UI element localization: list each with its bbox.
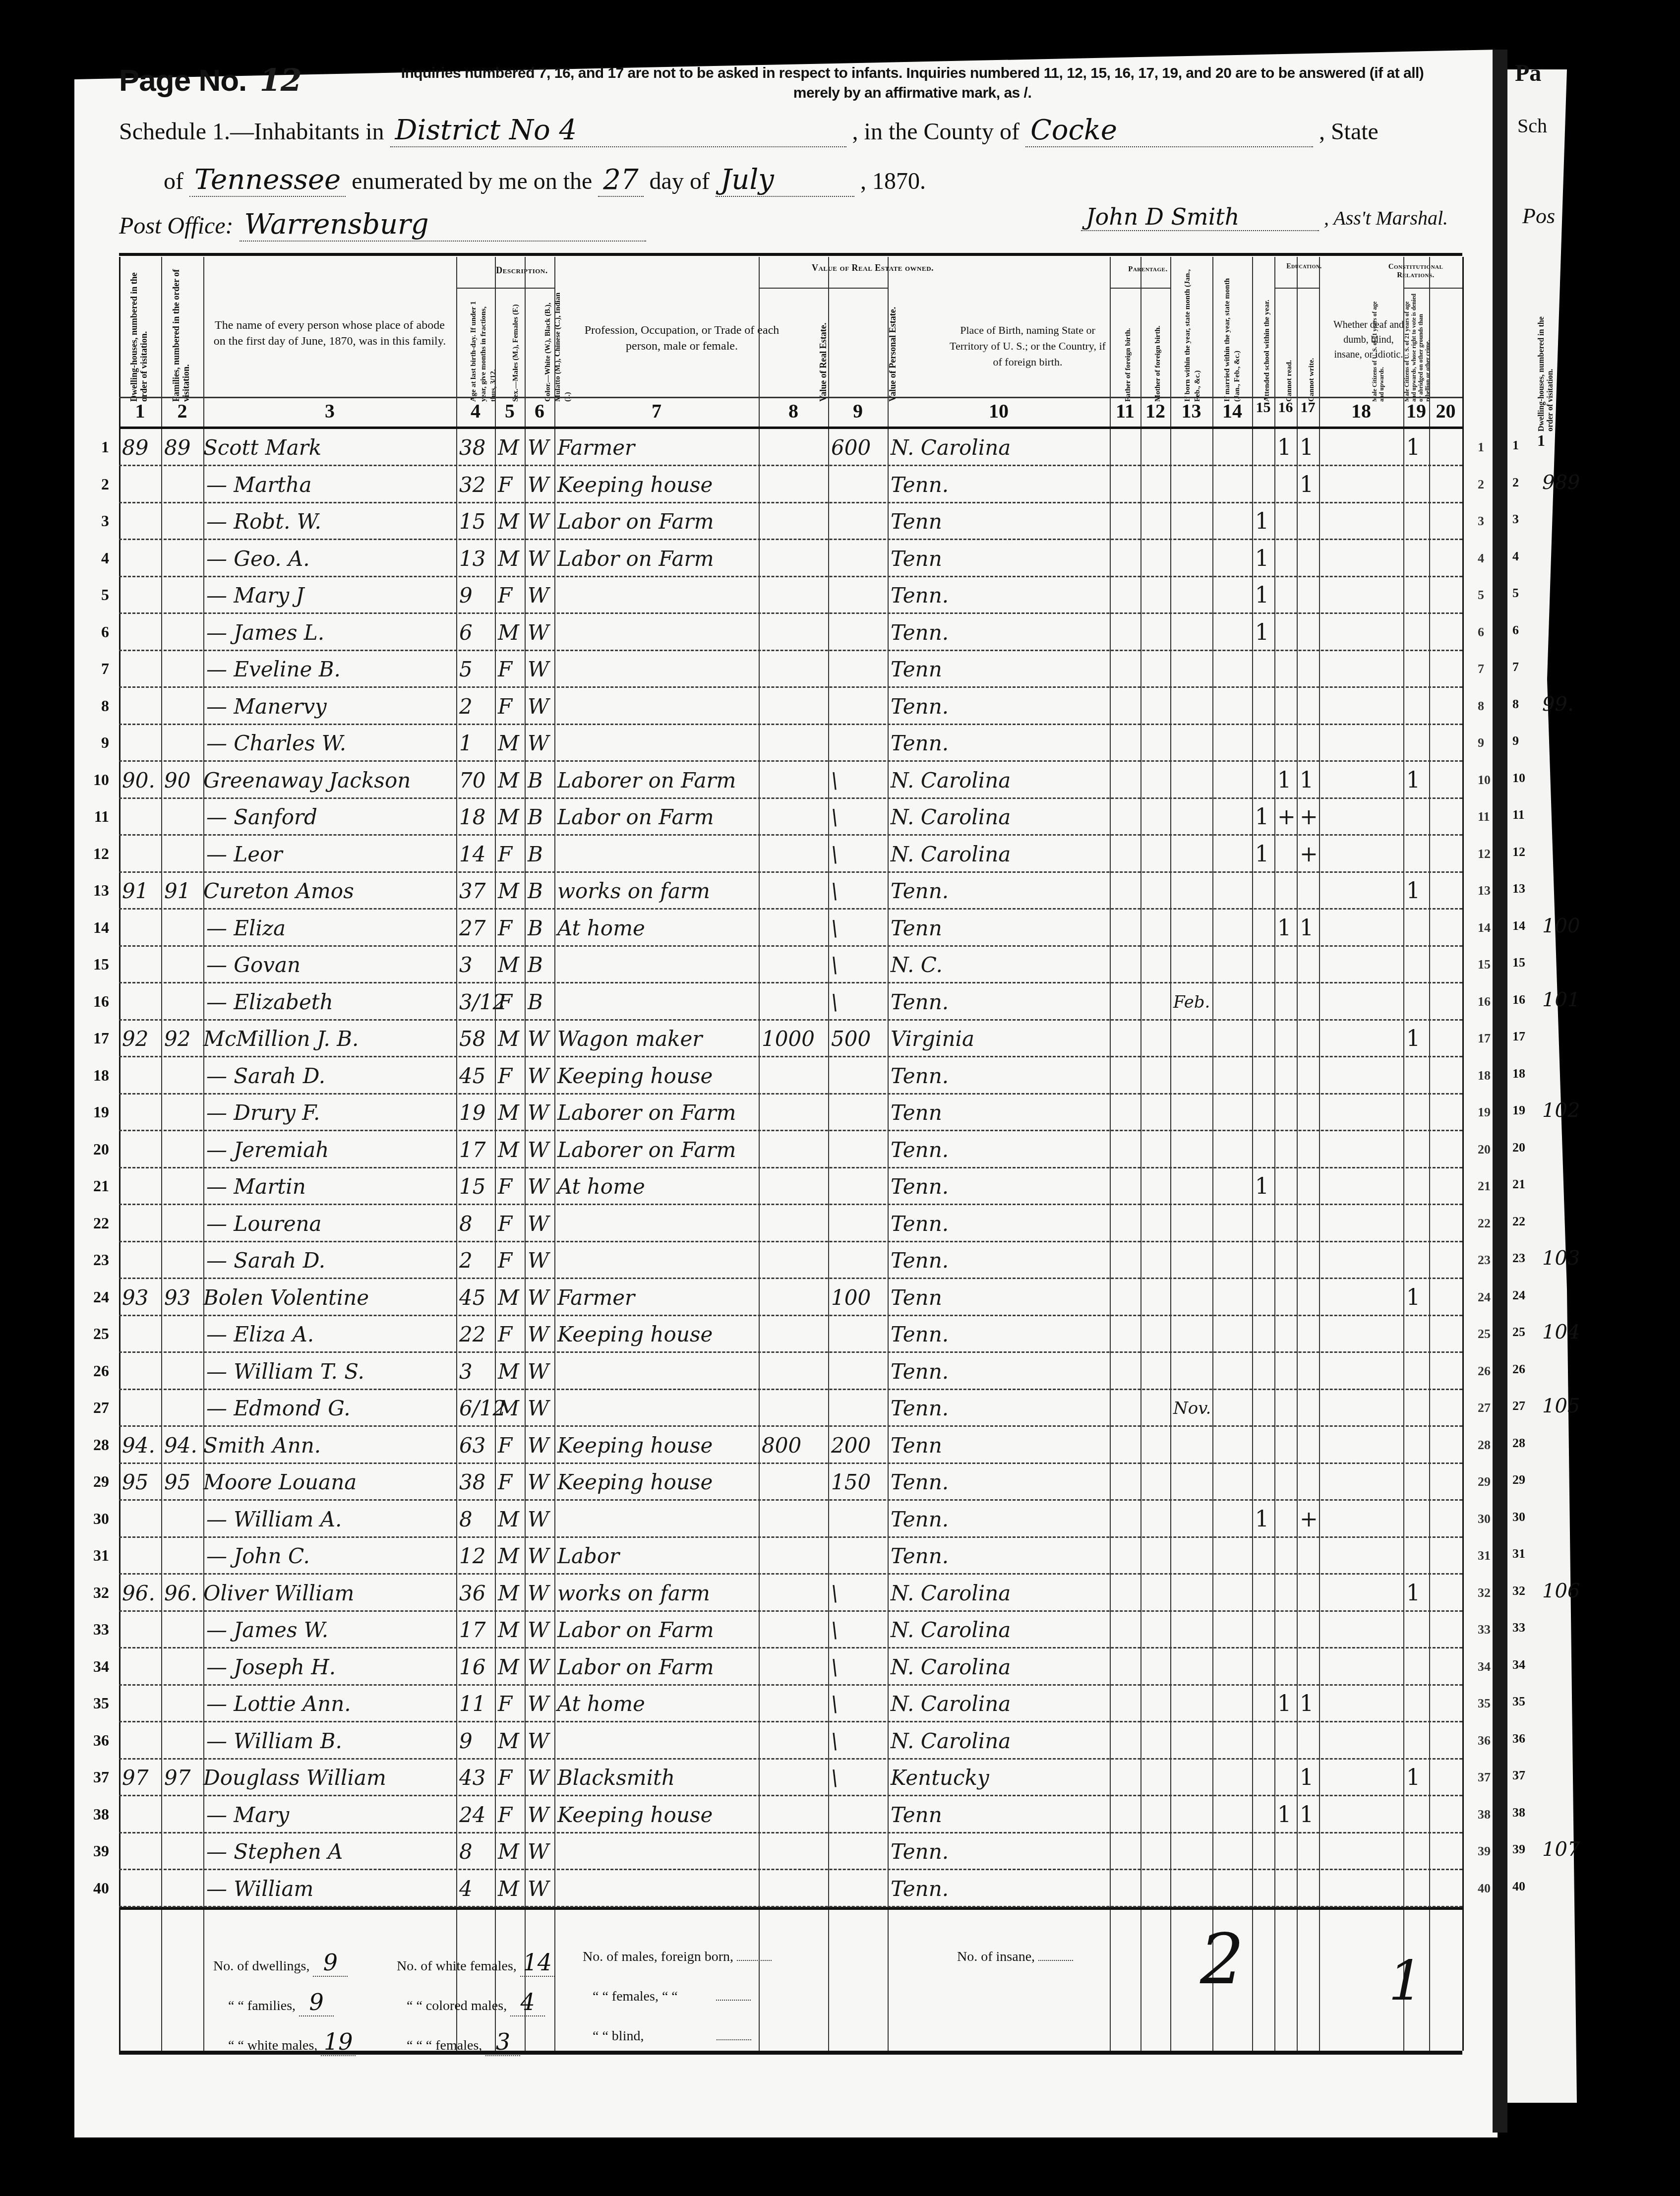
row-number-right: 13 [1478, 883, 1507, 898]
citizen-cell: 1 [1406, 1763, 1428, 1793]
column-number: 14 [1212, 399, 1252, 423]
name-cell: — Robt. W. [206, 507, 455, 537]
occupation-cell: Keeping house [557, 1431, 758, 1461]
color-cell: W [528, 1320, 553, 1349]
row-number-right: 24 [1478, 1290, 1507, 1305]
color-cell: W [528, 1467, 553, 1497]
age-cell: 58 [459, 1024, 494, 1054]
sex-cell: M [498, 1505, 524, 1534]
citizen-cell: 1 [1406, 1579, 1428, 1608]
age-cell: 63 [459, 1431, 494, 1461]
color-cell: W [528, 1209, 553, 1239]
cannot-write-cell: 1 [1300, 1763, 1318, 1793]
cannot-write-cell: 1 [1300, 914, 1318, 943]
school-cell: 1 [1255, 544, 1273, 574]
birthplace-cell: Tenn. [891, 1467, 1109, 1497]
family-cell: 93 [164, 1283, 202, 1313]
citizen-cell: 1 [1406, 766, 1428, 795]
age-cell: 38 [459, 433, 494, 463]
post-office-field: Warrensburg [240, 208, 646, 242]
age-cell: 15 [459, 507, 494, 537]
occupation-cell: Keeping house [557, 1061, 758, 1091]
birthplace-cell: Tenn [891, 1098, 1109, 1128]
next-dwelling-value: 989 [1542, 471, 1580, 494]
header-value-group: Value of Real Estate owned. [808, 263, 937, 273]
birthplace-cell: Tenn [891, 507, 1109, 537]
age-cell: 8 [459, 1837, 494, 1867]
color-cell: W [528, 655, 553, 684]
color-cell: W [528, 1652, 553, 1682]
family-cell: 94. [164, 1431, 202, 1461]
table-row: 118989Scott Mark38MWFarmer600N. Carolina… [119, 429, 1462, 466]
table-row: 1111— Sanford18MBLabor on Farm\N. Caroli… [119, 798, 1462, 836]
summary-label: No. of dwellings, [213, 1958, 309, 1974]
table-row: 2626— William T. S.3MWTenn. [119, 1353, 1462, 1390]
header-occupation: Profession, Occupation, or Trade of each… [583, 322, 781, 354]
cannot-read-cell: 1 [1277, 914, 1296, 943]
row-number-right: 36 [1478, 1733, 1507, 1748]
row-number-right: 20 [1478, 1142, 1507, 1157]
header-age: Age at last birth-day. If under 1 year, … [469, 293, 498, 402]
birthplace-cell: Tenn. [891, 729, 1109, 758]
color-cell: W [528, 1579, 553, 1608]
occupation-cell: Labor on Farm [557, 1652, 758, 1682]
header-cannot-read: Cannot read. [1284, 312, 1302, 402]
row-number: 24 [79, 1288, 109, 1306]
sex-cell: M [498, 950, 524, 980]
header-mother-foreign: Mother of foreign birth. [1153, 293, 1173, 402]
column-rule [1462, 257, 1464, 2051]
sex-cell: M [498, 1837, 524, 1867]
row-number: 13 [79, 881, 109, 900]
row-number-right: 12 [1478, 847, 1507, 861]
name-cell: — Martha [206, 470, 455, 500]
birthplace-cell: Tenn. [891, 1357, 1109, 1387]
row-number: 10 [79, 771, 109, 789]
age-cell: 2 [459, 692, 494, 722]
next-row-number: 35 [1512, 1694, 1525, 1709]
birthplace-cell: Tenn [891, 1431, 1109, 1461]
next-row-number: 21 [1512, 1177, 1525, 1192]
name-cell: Douglass William [203, 1763, 452, 1793]
birthplace-cell: Tenn [891, 544, 1109, 574]
row-number: 35 [79, 1694, 109, 1712]
family-cell: 90 [164, 766, 202, 795]
color-cell: W [528, 1505, 553, 1534]
sex-cell: F [498, 1763, 524, 1793]
dwelling-cell: 93 [122, 1283, 160, 1313]
birthplace-cell: N. Carolina [891, 433, 1109, 463]
next-row-number: 33 [1512, 1620, 1525, 1635]
occupation-cell: Keeping house [557, 470, 758, 500]
row-number-right: 30 [1478, 1512, 1507, 1526]
color-cell: W [528, 507, 553, 537]
next-row-number: 7 [1512, 660, 1519, 674]
column-number: 4 [456, 399, 495, 423]
birthplace-cell: Tenn. [891, 692, 1109, 722]
cannot-write-cell: + [1300, 802, 1318, 832]
next-row-number: 27 [1512, 1399, 1525, 1413]
occupation-cell: Keeping house [557, 1467, 758, 1497]
personal-estate-cell: \ [831, 1763, 887, 1793]
table-row: 1818— Sarah D.45FWKeeping houseTenn. [119, 1057, 1462, 1095]
next-page-label: Pa [1515, 60, 1541, 87]
color-cell: W [528, 433, 553, 463]
header-born-within-year: If born within the year, state month (Ja… [1183, 268, 1212, 402]
occupation-cell: Keeping house [557, 1800, 758, 1830]
summary-white-females: No. of white females, 14 [397, 1949, 555, 1977]
next-row-number: 3 [1512, 512, 1519, 527]
row-number: 14 [79, 918, 109, 937]
table-row: 4040— William4MWTenn. [119, 1870, 1462, 1907]
row-number-right: 34 [1478, 1659, 1507, 1674]
name-cell: Oliver William [203, 1579, 452, 1608]
sex-cell: F [498, 914, 524, 943]
summary-value [1038, 1960, 1073, 1961]
row-number: 9 [79, 733, 109, 752]
column-number: 8 [759, 399, 828, 423]
table-row: 3838— Mary24FWKeeping houseTenn11 [119, 1796, 1462, 1833]
sex-cell: F [498, 1800, 524, 1830]
name-cell: — Manervy [206, 692, 455, 722]
age-cell: 16 [459, 1652, 494, 1682]
name-cell: Bolen Volentine [203, 1283, 452, 1313]
sex-cell: F [498, 1209, 524, 1239]
summary-value: 14 [520, 1949, 555, 1977]
row-number: 4 [79, 549, 109, 567]
row-number-right: 26 [1478, 1364, 1507, 1379]
header-constitutional-group: Constitutional Relations. [1371, 263, 1460, 280]
birthplace-cell: Tenn. [891, 876, 1109, 906]
cannot-write-cell: 1 [1300, 433, 1318, 463]
next-row-number: 32 [1512, 1584, 1525, 1598]
personal-estate-cell: 500 [831, 1024, 887, 1054]
next-row-number: 29 [1512, 1472, 1525, 1487]
table-row: 1515— Govan3MB\N. C. [119, 946, 1462, 983]
name-cell: Moore Louana [203, 1467, 452, 1497]
row-number: 31 [79, 1546, 109, 1565]
birthplace-cell: Tenn. [891, 581, 1109, 610]
day-of-label: day of [650, 168, 710, 194]
birthplace-cell: Tenn. [891, 1874, 1109, 1904]
age-cell: 9 [459, 1726, 494, 1756]
row-number-right: 14 [1478, 920, 1507, 935]
dwelling-cell: 95 [122, 1467, 160, 1497]
next-row-number: 10 [1512, 771, 1525, 786]
next-row-number: 14 [1512, 918, 1525, 933]
marshal-signature-line: John D Smith , Ass't Marshal. [1081, 203, 1448, 231]
table-row: 33— Robt. W.15MWLabor on FarmTenn1 [119, 503, 1462, 540]
school-cell: 1 [1255, 840, 1273, 869]
group-rule [456, 288, 554, 289]
next-row-number: 12 [1512, 845, 1525, 859]
next-row-number: 39 [1512, 1842, 1525, 1857]
post-office-line: Post Office: Warrensburg [119, 208, 646, 242]
sex-cell: F [498, 1172, 524, 1202]
birthplace-cell: Tenn. [891, 1135, 1109, 1165]
name-cell: — Sarah D. [206, 1061, 455, 1091]
age-cell: 37 [459, 876, 494, 906]
color-cell: W [528, 618, 553, 648]
next-row-number: 22 [1512, 1214, 1525, 1229]
row-number-right: 21 [1478, 1179, 1507, 1194]
row-number: 17 [79, 1029, 109, 1047]
next-row-number: 1 [1512, 438, 1519, 453]
header-male-citizens: Male Citizens of U. S. of 21 years of ag… [1371, 293, 1398, 402]
sex-cell: F [498, 987, 524, 1017]
dwelling-cell: 91 [122, 876, 160, 906]
name-cell: Greenaway Jackson [203, 766, 452, 795]
sex-cell: M [498, 1726, 524, 1756]
dwelling-cell: 92 [122, 1024, 160, 1054]
name-cell: — John C. [206, 1541, 455, 1571]
age-cell: 1 [459, 729, 494, 758]
row-number-right: 2 [1478, 477, 1507, 492]
birthplace-cell: N. Carolina [891, 1579, 1109, 1608]
table-row: 29299595Moore Louana38FWKeeping house150… [119, 1464, 1462, 1501]
age-cell: 9 [459, 581, 494, 610]
birthplace-cell: Tenn. [891, 1209, 1109, 1239]
cannot-read-cell: 1 [1277, 433, 1296, 463]
state-field: Tennessee [189, 164, 346, 197]
age-cell: 19 [459, 1098, 494, 1128]
cannot-write-cell: 1 [1300, 1800, 1318, 1830]
row-number-right: 32 [1478, 1586, 1507, 1600]
color-cell: W [528, 581, 553, 610]
row-number-right: 6 [1478, 625, 1507, 640]
personal-estate-cell: \ [831, 802, 887, 832]
sex-cell: F [498, 470, 524, 500]
table-row: 17179292McMillion J. B.58MWWagon maker10… [119, 1020, 1462, 1057]
row-number: 21 [79, 1177, 109, 1195]
birthplace-cell: Tenn. [891, 470, 1109, 500]
name-cell: — William T. S. [206, 1357, 455, 1387]
summary-label: “ “ white males, [228, 2038, 317, 2053]
birthplace-cell: Tenn. [891, 1394, 1109, 1423]
personal-estate-cell: \ [831, 766, 887, 795]
table-row: 2121— Martin15FWAt homeTenn.1 [119, 1168, 1462, 1205]
table-row: 3131— John C.12MWLaborTenn. [119, 1537, 1462, 1575]
name-cell: — Martin [206, 1172, 455, 1202]
column-number: 11 [1110, 399, 1140, 423]
color-cell: W [528, 470, 553, 500]
sex-cell: M [498, 1652, 524, 1682]
occupation-cell: Labor on Farm [557, 1615, 758, 1645]
row-number-right: 37 [1478, 1770, 1507, 1785]
next-row-number: 15 [1512, 955, 1525, 970]
age-cell: 32 [459, 470, 494, 500]
page-number: Page No. 12 [119, 62, 301, 98]
school-cell: 1 [1255, 618, 1273, 648]
personal-estate-cell: \ [831, 840, 887, 869]
name-cell: — James L. [206, 618, 455, 648]
name-cell: — Mary J [206, 581, 455, 610]
row-number-right: 8 [1478, 699, 1507, 714]
table-row: 1414— Eliza27FBAt home\Tenn11 [119, 910, 1462, 947]
next-row-number: 31 [1512, 1546, 1525, 1561]
row-number: 33 [79, 1620, 109, 1639]
color-cell: W [528, 1061, 553, 1091]
color-cell: W [528, 1837, 553, 1867]
age-cell: 17 [459, 1615, 494, 1645]
personal-estate-cell: \ [831, 876, 887, 906]
summary-colored-females: “ “ “ females, 3 [407, 2028, 520, 2056]
color-cell: W [528, 1135, 553, 1165]
next-post-label: Pos [1522, 203, 1555, 229]
birthplace-cell: Tenn [891, 914, 1109, 943]
name-cell: — Stephen A [206, 1837, 455, 1867]
color-cell: W [528, 729, 553, 758]
birthplace-cell: Tenn. [891, 1061, 1109, 1091]
next-row-number: 20 [1512, 1140, 1525, 1155]
occupation-cell: Wagon maker [557, 1024, 758, 1054]
next-header-dwelling: Dwelling-houses, numbered in the order o… [1537, 307, 1550, 431]
sex-cell: M [498, 766, 524, 795]
age-cell: 3 [459, 1357, 494, 1387]
column-number: 18 [1319, 399, 1403, 423]
birthplace-cell: Kentucky [891, 1763, 1109, 1793]
sex-cell: M [498, 729, 524, 758]
column-number: 7 [554, 399, 759, 423]
next-row-number: 17 [1512, 1029, 1525, 1044]
next-column-number: 1 [1537, 431, 1545, 450]
next-row-number: 26 [1512, 1362, 1525, 1377]
row-number-right: 10 [1478, 773, 1507, 788]
page-label: Page No. [119, 63, 246, 98]
color-cell: W [528, 1763, 553, 1793]
column-number: 15 [1252, 399, 1274, 416]
next-row-number: 23 [1512, 1251, 1525, 1266]
column-number: 10 [888, 399, 1110, 423]
summary-value: 4 [510, 1989, 545, 2016]
personal-estate-cell: \ [831, 1689, 887, 1719]
row-number: 22 [79, 1214, 109, 1232]
occupation-cell: Labor on Farm [557, 544, 758, 574]
color-cell: W [528, 1098, 553, 1128]
birthplace-cell: N. C. [891, 950, 1109, 980]
citizen-cell: 1 [1406, 876, 1428, 906]
name-cell: — Lottie Ann. [206, 1689, 455, 1719]
citizen-cell: 1 [1406, 1283, 1428, 1313]
table-row: 282894.94.Smith Ann.63FWKeeping house800… [119, 1427, 1462, 1464]
page-number-value: 12 [260, 62, 301, 98]
color-cell: B [528, 876, 553, 906]
row-number-right: 29 [1478, 1474, 1507, 1489]
row-number-right: 39 [1478, 1844, 1507, 1859]
group-rule [1110, 288, 1170, 289]
age-cell: 45 [459, 1061, 494, 1091]
next-dwelling-value: 107 [1542, 1838, 1580, 1861]
occupation-cell: Blacksmith [557, 1763, 758, 1793]
citizen-cell: 1 [1406, 433, 1428, 463]
table-row: 1616— Elizabeth3/12FB\Tenn.Feb. [119, 983, 1462, 1021]
row-number: 6 [79, 623, 109, 641]
summary-label: No. of males, foreign born, [583, 1949, 733, 1964]
row-number: 3 [79, 512, 109, 530]
next-dwelling-value: 99. [1542, 693, 1574, 716]
header-color: Color.—White (W.), Black (B.), Mulatto (… [543, 293, 573, 402]
name-cell: — Eliza [206, 914, 455, 943]
birthplace-cell: N. Carolina [891, 1652, 1109, 1682]
color-cell: B [528, 950, 553, 980]
sex-cell: M [498, 1098, 524, 1128]
row-number-right: 27 [1478, 1401, 1507, 1415]
age-cell: 45 [459, 1283, 494, 1313]
table-row: 66— James L.6MWTenn.1 [119, 614, 1462, 651]
table-row: 3434— Joseph H.16MWLabor on Farm\N. Caro… [119, 1648, 1462, 1686]
sex-cell: M [498, 1874, 524, 1904]
tally-mark-col13: 2 [1200, 1919, 1244, 2000]
column-number: 5 [495, 399, 525, 423]
personal-estate-cell: \ [831, 1615, 887, 1645]
name-cell: — Lourena [206, 1209, 455, 1239]
schedule-label: Schedule 1.—Inhabitants in [119, 119, 384, 145]
row-number-right: 31 [1478, 1548, 1507, 1563]
column-number: 3 [203, 399, 456, 423]
school-cell: 1 [1255, 1172, 1273, 1202]
district-field: District No 4 [390, 114, 846, 147]
sex-cell: F [498, 1320, 524, 1349]
next-dwelling-value: 106 [1542, 1580, 1580, 1602]
cannot-write-cell: 1 [1300, 470, 1318, 500]
table-row: 3030— William A.8MWTenn.1+ [119, 1501, 1462, 1538]
header-family: Families, numbered in the order of visit… [171, 268, 201, 402]
name-cell: — William B. [206, 1726, 455, 1756]
row-number: 23 [79, 1251, 109, 1269]
occupation-cell: works on farm [557, 876, 758, 906]
header-birthplace: Place of Birth, naming State or Territor… [945, 322, 1111, 370]
birthplace-cell: N. Carolina [891, 802, 1109, 832]
personal-estate-cell: 200 [831, 1431, 887, 1461]
year-label: , 1870. [860, 168, 926, 194]
occupation-cell: Laborer on Farm [557, 1098, 758, 1128]
header-personal-estate: Value of Personal Estate. [888, 298, 907, 402]
notice-line-1: Inquiries numbered 7, 16, and 17 are not… [367, 63, 1458, 83]
personal-estate-cell: \ [831, 1726, 887, 1756]
table-row: 2525— Eliza A.22FWKeeping houseTenn. [119, 1316, 1462, 1353]
sex-cell: M [498, 876, 524, 906]
column-number: 16 [1274, 399, 1297, 416]
column-number: 20 [1429, 399, 1462, 423]
sex-cell: F [498, 1467, 524, 1497]
sex-cell: F [498, 1246, 524, 1276]
next-row-number: 36 [1512, 1731, 1525, 1746]
birthplace-cell: Tenn. [891, 1837, 1109, 1867]
age-cell: 24 [459, 1800, 494, 1830]
next-row-number: 4 [1512, 549, 1519, 564]
table-row: 88— Manervy2FWTenn. [119, 688, 1462, 725]
header-name: The name of every person whose place of … [208, 317, 451, 349]
row-number-right: 17 [1478, 1031, 1507, 1046]
column-number: 13 [1170, 399, 1212, 423]
next-row-number: 40 [1512, 1879, 1525, 1894]
family-cell: 97 [164, 1763, 202, 1793]
name-cell: — Sanford [206, 802, 455, 832]
summary-value: 3 [485, 2028, 520, 2056]
group-rule [1403, 288, 1462, 289]
sex-cell: M [498, 802, 524, 832]
row-number: 18 [79, 1066, 109, 1085]
color-cell: B [528, 802, 553, 832]
cannot-read-cell: 1 [1277, 1800, 1296, 1830]
header-dwelling: Dwelling-houses, numbered in the order o… [129, 268, 159, 402]
cannot-write-cell: 1 [1300, 1689, 1318, 1719]
color-cell: W [528, 1357, 553, 1387]
summary-value [737, 1960, 772, 1961]
color-cell: W [528, 1800, 553, 1830]
instructions-notice: Inquiries numbered 7, 16, and 17 are not… [367, 63, 1458, 103]
column-number: 12 [1140, 399, 1170, 423]
